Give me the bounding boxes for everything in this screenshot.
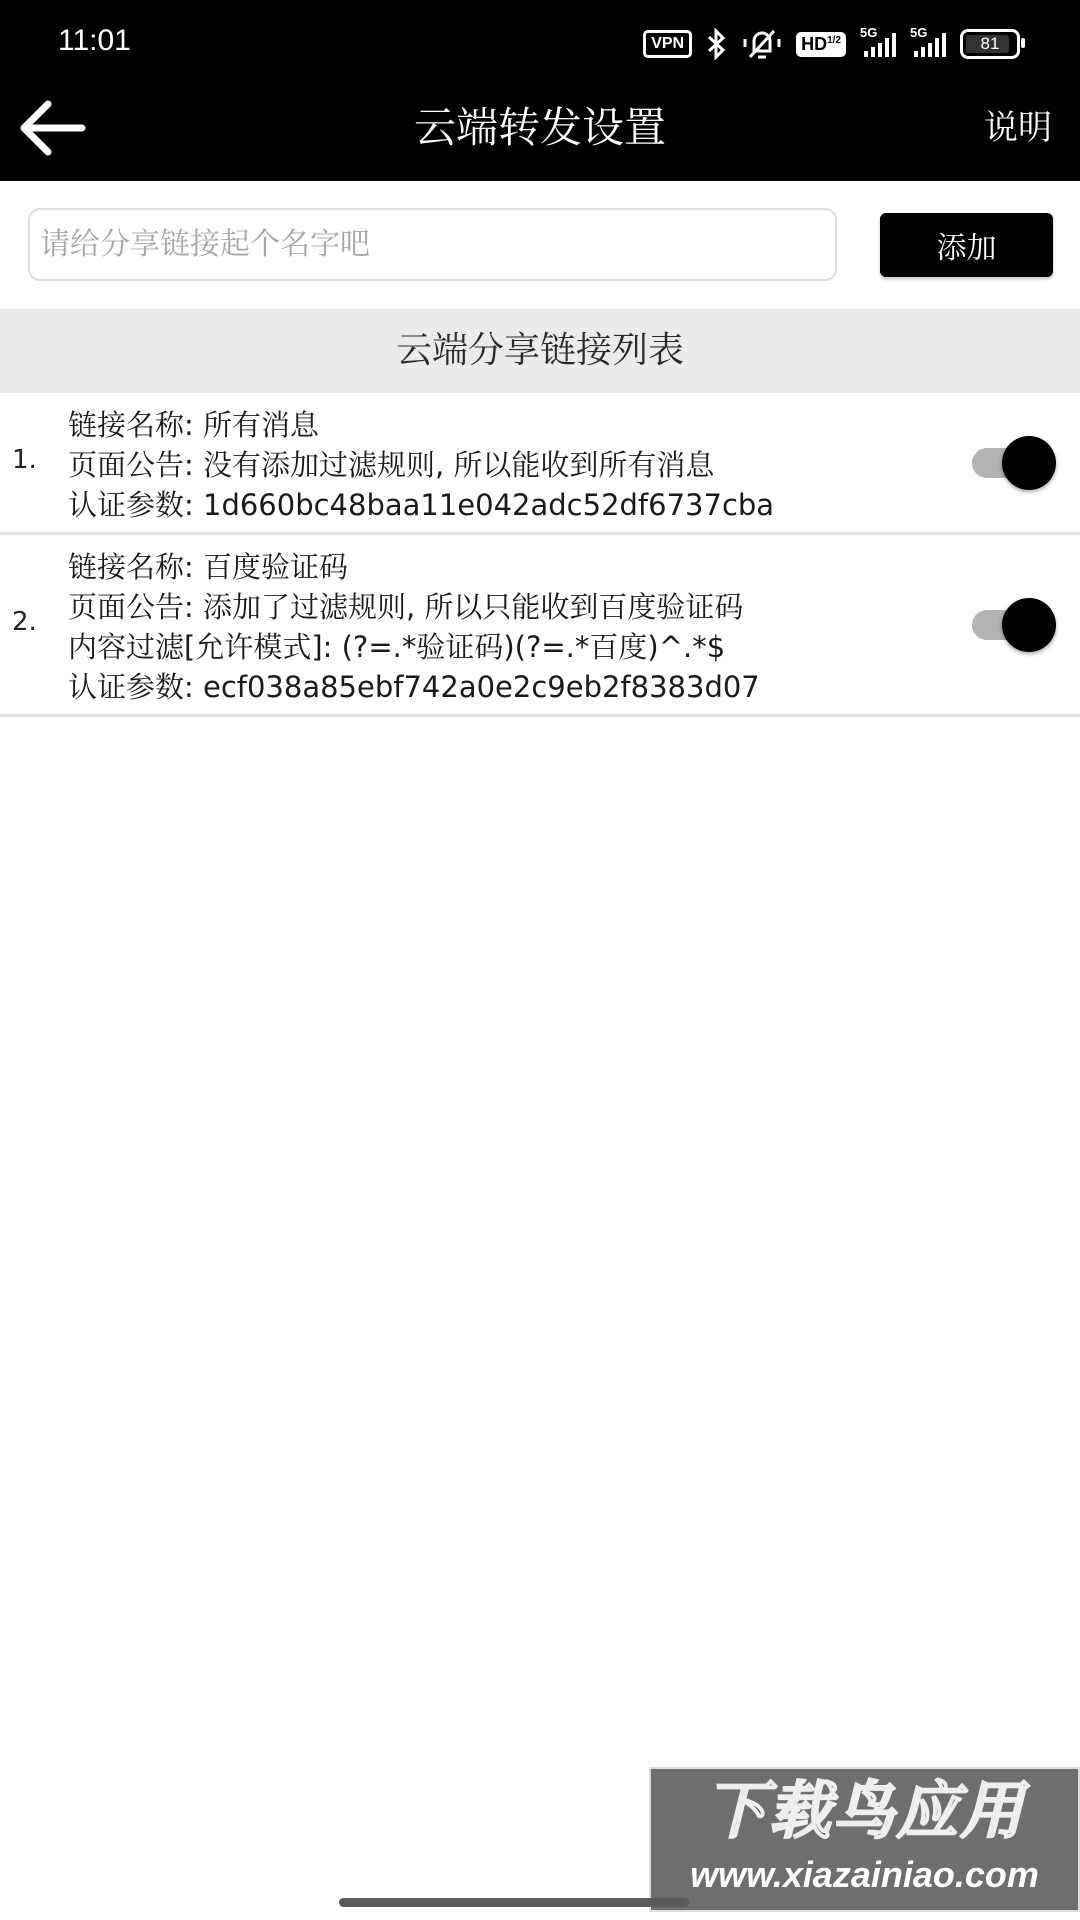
- item-index: 2.: [12, 607, 37, 637]
- enable-toggle[interactable]: [972, 598, 1056, 652]
- bluetooth-icon: [706, 28, 728, 60]
- mute-bell-icon: [742, 27, 782, 61]
- toggle-thumb: [1002, 436, 1056, 490]
- add-button[interactable]: 添加: [880, 213, 1053, 277]
- watermark: 下载鸟应用 www.xiazainiao.com: [649, 1767, 1080, 1912]
- status-icons: VPN HD1/2 5G 5G 81: [643, 26, 1020, 62]
- page-notice: 页面公告: 没有添加过滤规则, 所以能收到所有消息: [68, 445, 774, 485]
- list-item: 2. 链接名称: 百度验证码 页面公告: 添加了过滤规则, 所以只能收到百度验证…: [0, 535, 1080, 717]
- list-item: 1. 链接名称: 所有消息 页面公告: 没有添加过滤规则, 所以能收到所有消息 …: [0, 393, 1080, 535]
- link-name: 链接名称: 所有消息: [68, 405, 774, 445]
- signal-icon-2: 5G: [910, 31, 946, 57]
- item-index: 1.: [12, 445, 37, 475]
- content-filter: 内容过滤[允许模式]: (?=.*验证码)(?=.*百度)^.*$: [68, 627, 760, 667]
- status-time: 11:01: [58, 24, 131, 58]
- auth-param: 认证参数: ecf038a85ebf742a0e2c9eb2f8383d07: [68, 667, 760, 707]
- help-button[interactable]: 说明: [984, 106, 1052, 150]
- toggle-thumb: [1002, 598, 1056, 652]
- auth-param: 认证参数: 1d660bc48baa11e042adc52df6737cba: [68, 485, 774, 525]
- hd-voice-icon: HD1/2: [796, 32, 846, 57]
- home-indicator[interactable]: [339, 1898, 689, 1907]
- watermark-title: 下载鸟应用: [651, 1769, 1078, 1853]
- page-title: 云端转发设置: [0, 100, 1080, 156]
- vpn-icon: VPN: [643, 30, 692, 58]
- page-notice: 页面公告: 添加了过滤规则, 所以只能收到百度验证码: [68, 587, 760, 627]
- enable-toggle[interactable]: [972, 436, 1056, 490]
- list-section-title: 云端分享链接列表: [0, 309, 1080, 393]
- battery-icon: 81: [960, 29, 1020, 59]
- link-name: 链接名称: 百度验证码: [68, 547, 760, 587]
- top-bar: 11:01 VPN HD1/2 5G 5G 81 云端转发设置 说明: [0, 0, 1080, 181]
- link-name-input[interactable]: [28, 208, 837, 281]
- signal-icon-1: 5G: [860, 31, 896, 57]
- watermark-url: www.xiazainiao.com: [651, 1853, 1078, 1897]
